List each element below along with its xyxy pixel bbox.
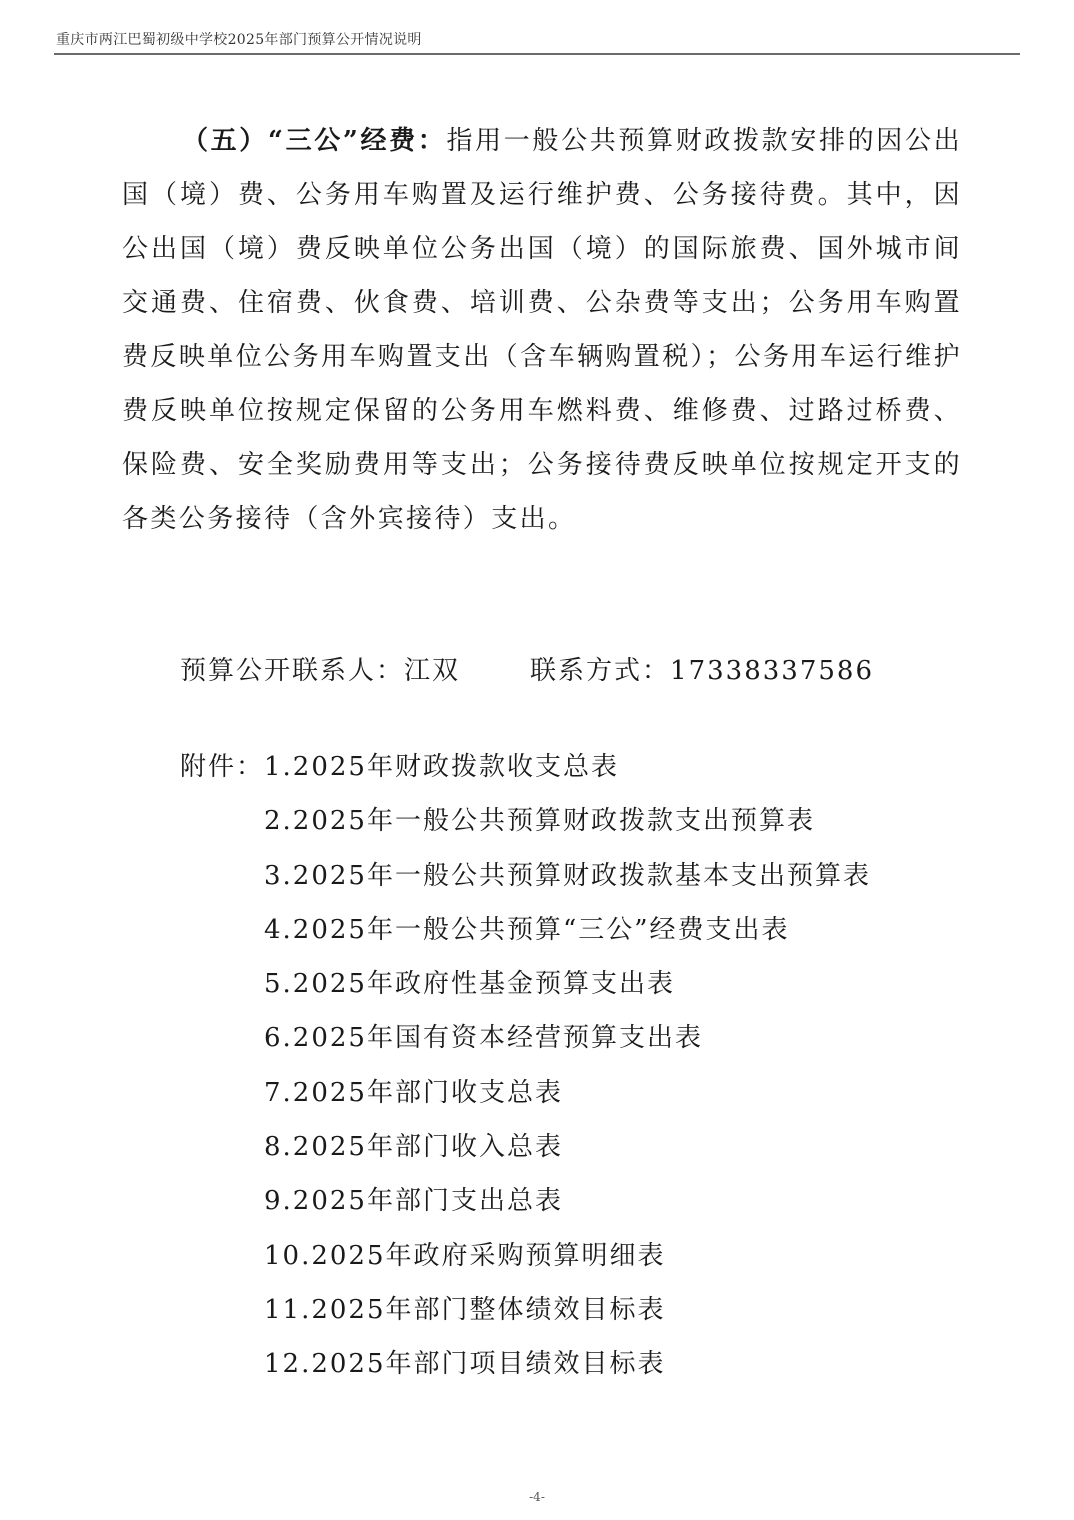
- attachments-list: 附件：1.2025年财政拨款收支总表 2.2025年一般公共预算财政拨款支出预算…: [180, 740, 871, 1392]
- running-header: 重庆市两江巴蜀初级中学校2025年部门预算公开情况说明: [56, 29, 422, 49]
- attachments-label: 附件：: [180, 740, 264, 794]
- contact-line: 预算公开联系人：江双联系方式：17338337586: [180, 650, 874, 687]
- contact-phone: 17338337586: [670, 656, 874, 686]
- section-body-text: 指用一般公共预算财政拨款安排的因公出国（境）费、公务用车购置及运行维护费、公务接…: [122, 126, 962, 534]
- attachment-item: 11.2025年部门整体绩效目标表: [180, 1283, 871, 1337]
- attachment-item: 附件：1.2025年财政拨款收支总表: [180, 740, 871, 794]
- attachment-item: 6.2025年国有资本经营预算支出表: [180, 1011, 871, 1065]
- attachment-item: 10.2025年政府采购预算明细表: [180, 1229, 871, 1283]
- attachment-item: 4.2025年一般公共预算“三公”经费支出表: [180, 903, 871, 957]
- contact-person-label: 预算公开联系人：: [180, 656, 404, 686]
- header-divider: [54, 53, 1020, 55]
- attachment-item: 3.2025年一般公共预算财政拨款基本支出预算表: [180, 849, 871, 903]
- attachment-item: 9.2025年部门支出总表: [180, 1174, 871, 1228]
- attachment-item: 7.2025年部门收支总表: [180, 1066, 871, 1120]
- attachment-item: 12.2025年部门项目绩效目标表: [180, 1337, 871, 1391]
- attachment-title: 1.2025年财政拨款收支总表: [264, 752, 619, 782]
- section-heading: （五）“三公”经费：: [182, 126, 446, 156]
- page-number: -4-: [0, 1490, 1074, 1504]
- section-paragraph: （五）“三公”经费：指用一般公共预算财政拨款安排的因公出国（境）费、公务用车购置…: [122, 114, 962, 546]
- contact-phone-label: 联系方式：: [530, 656, 670, 686]
- contact-person-name: 江双: [404, 656, 460, 686]
- attachment-item: 8.2025年部门收入总表: [180, 1120, 871, 1174]
- attachment-item: 5.2025年政府性基金预算支出表: [180, 957, 871, 1011]
- attachment-item: 2.2025年一般公共预算财政拨款支出预算表: [180, 794, 871, 848]
